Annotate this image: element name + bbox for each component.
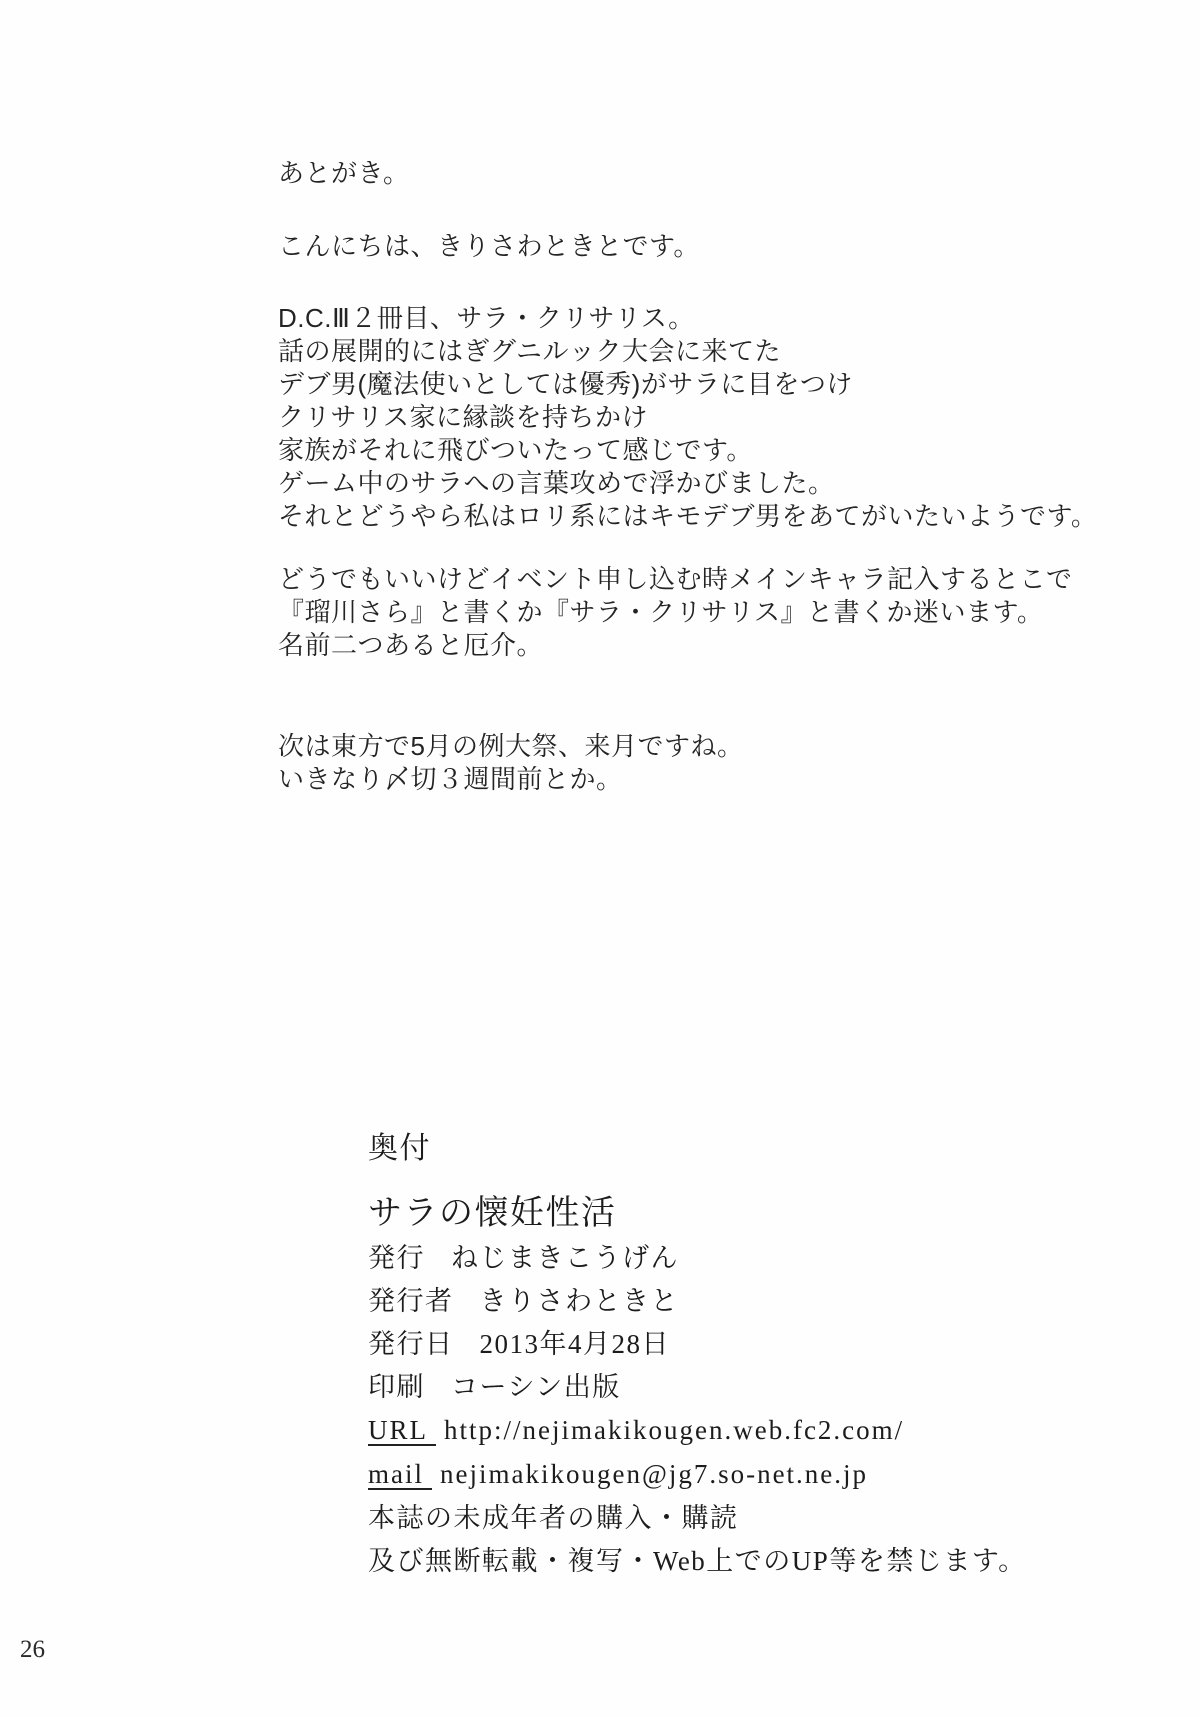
row-value: コーシン出版 xyxy=(451,1372,621,1402)
colophon-row-publisher: 発行ねじまきこうげん xyxy=(368,1243,1027,1273)
colophon-row-author: 発行者きりさわときと xyxy=(368,1286,1027,1316)
doujin-title: サラの懐妊性活 xyxy=(368,1193,1027,1235)
afterword-paragraph-main: D.C.Ⅲ２冊目、サラ・クリサリス。 話の展開的にはぎグニルック大会に来てた デ… xyxy=(278,302,1097,533)
row-label: 発行日 xyxy=(368,1329,454,1359)
url-label: URL xyxy=(368,1416,436,1446)
afterword-paragraph-next: 次は東方で5月の例大祭、来月ですね。 いきなり〆切３週間前とか。 xyxy=(278,730,1097,796)
row-label: 発行 xyxy=(368,1243,425,1273)
afterword-line: 話の展開的にはぎグニルック大会に来てた xyxy=(278,335,1097,368)
afterword-line: 『瑠川さら』と書くか『サラ・クリサリス』と書くか迷います。 xyxy=(278,596,1097,629)
afterword-line: 家族がそれに飛びついたって感じです。 xyxy=(278,434,1097,467)
notice-line: 及び無断転載・複写・Web上でのUP等を禁じます。 xyxy=(368,1546,1027,1576)
afterword-paragraph-event: どうでもいいけどイベント申し込む時メインキャラ記入するとこで 『瑠川さら』と書く… xyxy=(278,563,1097,662)
afterword-line: デブ男(魔法使いとしては優秀)がサラに目をつけ xyxy=(278,368,1097,401)
afterword-line: 次は東方で5月の例大祭、来月ですね。 xyxy=(278,730,1097,763)
afterword-line: クリサリス家に縁談を持ちかけ xyxy=(278,401,1097,434)
afterword-line: それとどうやら私はロリ系にはキモデブ男をあてがいたいようです。 xyxy=(278,500,1097,533)
afterword-line: D.C.Ⅲ２冊目、サラ・クリサリス。 xyxy=(278,302,1097,335)
afterword-line: どうでもいいけどイベント申し込む時メインキャラ記入するとこで xyxy=(278,563,1097,596)
mail-label: mail xyxy=(368,1460,432,1490)
page-number: 26 xyxy=(20,1636,45,1664)
afterword-line: 名前二つあると厄介。 xyxy=(278,629,1097,662)
scanned-doujin-page: あとがき。 こんにちは、きりさわときとです。 D.C.Ⅲ２冊目、サラ・クリサリス… xyxy=(0,0,1200,1718)
row-value: きりさわときと xyxy=(480,1286,680,1316)
colophon-row-mail: mailnejimakikougen@jg7.so-net.ne.jp xyxy=(368,1459,1027,1490)
colophon-heading: 奥付 xyxy=(368,1130,1027,1168)
afterword-line: ゲーム中のサラへの言葉攻めで浮かびました。 xyxy=(278,467,1097,500)
notice-line: 本誌の未成年者の購入・購読 xyxy=(368,1503,1027,1533)
mail-value: nejimakikougen@jg7.so-net.ne.jp xyxy=(440,1459,868,1489)
colophon-section: 奥付 サラの懐妊性活 発行ねじまきこうげん 発行者きりさわときと 発行日2013… xyxy=(368,1130,1027,1589)
url-value: http://nejimakikougen.web.fc2.com/ xyxy=(444,1415,904,1445)
colophon-row-printer: 印刷コーシン出版 xyxy=(368,1372,1027,1402)
row-value: 2013年4月28日 xyxy=(480,1329,671,1359)
afterword-section: あとがき。 こんにちは、きりさわときとです。 D.C.Ⅲ２冊目、サラ・クリサリス… xyxy=(278,157,1097,796)
afterword-line: いきなり〆切３週間前とか。 xyxy=(278,763,1097,796)
colophon-row-url: URLhttp://nejimakikougen.web.fc2.com/ xyxy=(368,1415,1027,1446)
colophon-row-date: 発行日2013年4月28日 xyxy=(368,1329,1027,1359)
row-label: 印刷 xyxy=(368,1372,425,1402)
afterword-heading: あとがき。 xyxy=(278,157,1097,190)
row-value: ねじまきこうげん xyxy=(451,1243,679,1273)
row-label: 発行者 xyxy=(368,1286,454,1316)
afterword-greeting: こんにちは、きりさわときとです。 xyxy=(278,230,1097,263)
